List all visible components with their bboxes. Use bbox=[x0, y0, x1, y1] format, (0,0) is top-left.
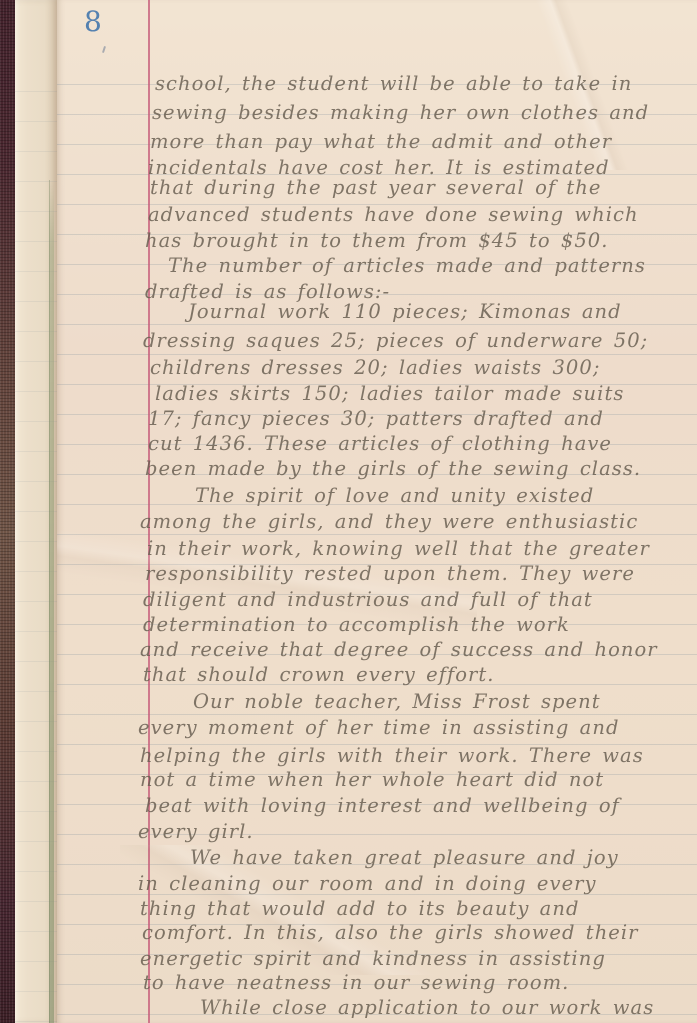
handwriting-line: The spirit of love and unity existed bbox=[195, 484, 594, 507]
notebook-scan: 8 school, the student will be able to ta… bbox=[0, 0, 697, 1023]
handwriting-line: thing that would add to its beauty and bbox=[140, 897, 580, 920]
handwriting-line: beat with loving interest and wellbeing … bbox=[145, 794, 620, 817]
handwriting-line: cut 1436. These articles of clothing hav… bbox=[148, 432, 612, 455]
handwriting-line: childrens dresses 20; ladies waists 300; bbox=[150, 356, 600, 379]
handwriting-line: dressing saques 25; pieces of underware … bbox=[143, 329, 648, 352]
handwriting-line: While close application to our work was bbox=[200, 996, 654, 1019]
handwriting-line: every girl. bbox=[138, 820, 254, 843]
handwriting-line: to have neatness in our sewing room. bbox=[143, 971, 569, 994]
handwriting-line: in cleaning our room and in doing every bbox=[138, 872, 597, 895]
handwriting-line: ladies skirts 150; ladies tailor made su… bbox=[155, 382, 624, 405]
handwriting-line: has brought in to them from $45 to $50. bbox=[145, 229, 609, 252]
handwriting-line: Our noble teacher, Miss Frost spent bbox=[193, 690, 601, 713]
handwriting-line: responsibility rested upon them. They we… bbox=[145, 562, 635, 585]
handwriting-line: school, the student will be able to take… bbox=[155, 72, 632, 95]
handwriting-line: helping the girls with their work. There… bbox=[140, 744, 644, 767]
handwriting-line: Journal work 110 pieces; Kimonas and bbox=[188, 300, 622, 323]
handwriting-line: We have taken great pleasure and joy bbox=[190, 846, 619, 869]
handwriting-line: among the girls, and they were enthusias… bbox=[140, 510, 638, 533]
handwriting-line: energetic spirit and kindness in assisti… bbox=[140, 947, 606, 970]
handwriting-line: in their work, knowing well that the gre… bbox=[147, 537, 650, 560]
handwriting-line: not a time when her whole heart did not bbox=[140, 768, 604, 791]
handwritten-text-layer: school, the student will be able to take… bbox=[0, 0, 697, 1023]
handwriting-line: every moment of her time in assisting an… bbox=[138, 716, 619, 739]
handwriting-line: that during the past year several of the bbox=[150, 176, 601, 199]
handwriting-line: advanced students have done sewing which bbox=[148, 203, 639, 226]
handwriting-line: more than pay what the admit and other bbox=[150, 130, 612, 153]
handwriting-line: been made by the girls of the sewing cla… bbox=[145, 457, 641, 480]
handwriting-line: sewing besides making her own clothes an… bbox=[152, 101, 649, 124]
handwriting-line: diligent and industrious and full of tha… bbox=[143, 588, 593, 611]
handwriting-line: that should crown every effort. bbox=[143, 663, 495, 686]
handwriting-line: comfort. In this, also the girls showed … bbox=[142, 921, 639, 944]
handwriting-line: determination to accomplish the work bbox=[143, 613, 570, 636]
handwriting-line: and receive that degree of success and h… bbox=[140, 638, 658, 661]
handwriting-line: 17; fancy pieces 30; patters drafted and bbox=[148, 407, 604, 430]
handwriting-line: The number of articles made and patterns bbox=[168, 254, 646, 277]
